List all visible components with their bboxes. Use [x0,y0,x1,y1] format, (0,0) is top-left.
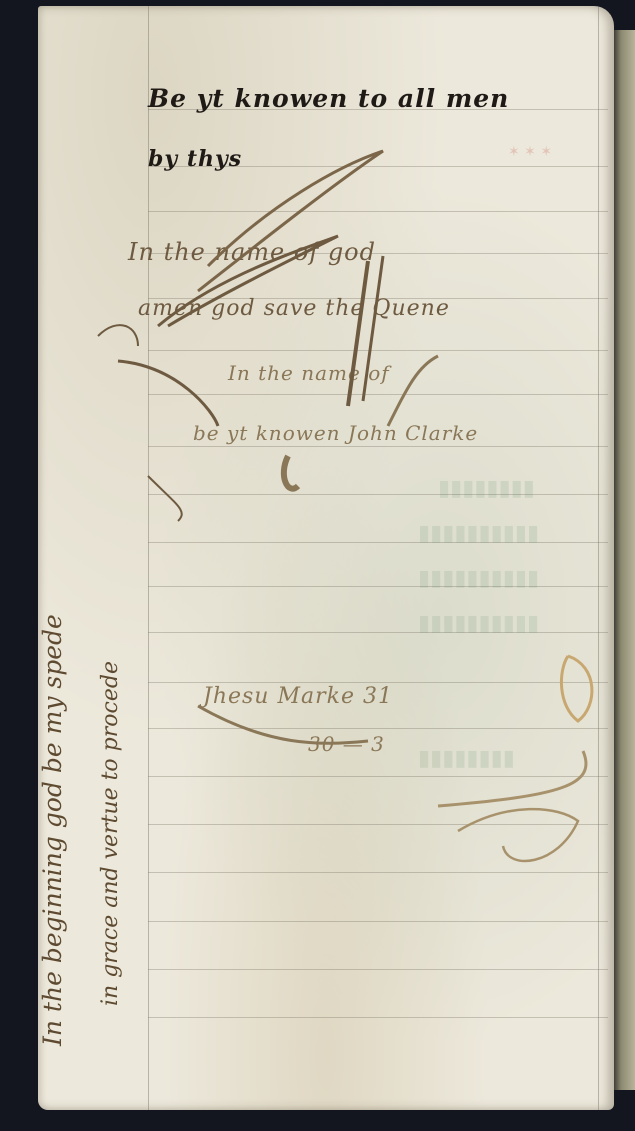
show-through-text: ▮▮▮▮▮▮▮▮ [438,476,535,501]
text-line-2: by thys [148,146,242,172]
ruled-line [148,1017,608,1018]
ruled-line [148,776,608,777]
show-through-text: ▮▮▮▮▮▮▮▮▮▮ [418,566,539,591]
ruled-line [148,211,608,212]
margin-rule-right [598,6,599,1110]
show-through-red: ✶ ✶ ✶ [508,144,552,160]
manuscript-page: ▮▮▮▮▮▮▮▮ ▮▮▮▮▮▮▮▮▮▮ ▮▮▮▮▮▮▮▮▮▮ ▮▮▮▮▮▮▮▮▮… [38,6,614,1110]
ruled-line [148,446,608,447]
ruled-line [148,921,608,922]
ruled-line [148,872,608,873]
show-through-text: ▮▮▮▮▮▮▮▮▮▮ [418,611,539,636]
adjacent-page-edge [612,30,635,1090]
pen-flourishes [38,6,614,1110]
text-line-4: amen god save the Quene [138,296,450,321]
ruled-line [148,494,608,495]
marginal-text-inner: in grace and vertue to procede [98,661,123,1006]
text-line-1: Be yt knowen to all men [148,84,509,113]
ruled-line [148,824,608,825]
show-through-text: ▮▮▮▮▮▮▮▮▮▮ [418,521,539,546]
text-line-8: 30 — 3 [308,732,385,756]
ruled-line [148,682,608,683]
text-line-3: In the name of god [128,238,376,266]
show-through-text: ▮▮▮▮▮▮▮▮ [418,746,515,771]
text-line-5: In the name of [228,361,390,385]
ruled-line [148,728,608,729]
marginal-text-outer: In the beginning god be my spede [38,614,67,1046]
text-line-6: be yt knowen John Clarke [193,421,478,445]
text-line-7: Jhesu Marke 31 [203,684,393,709]
ruled-line [148,350,608,351]
ruled-line [148,969,608,970]
ruled-line [148,394,608,395]
